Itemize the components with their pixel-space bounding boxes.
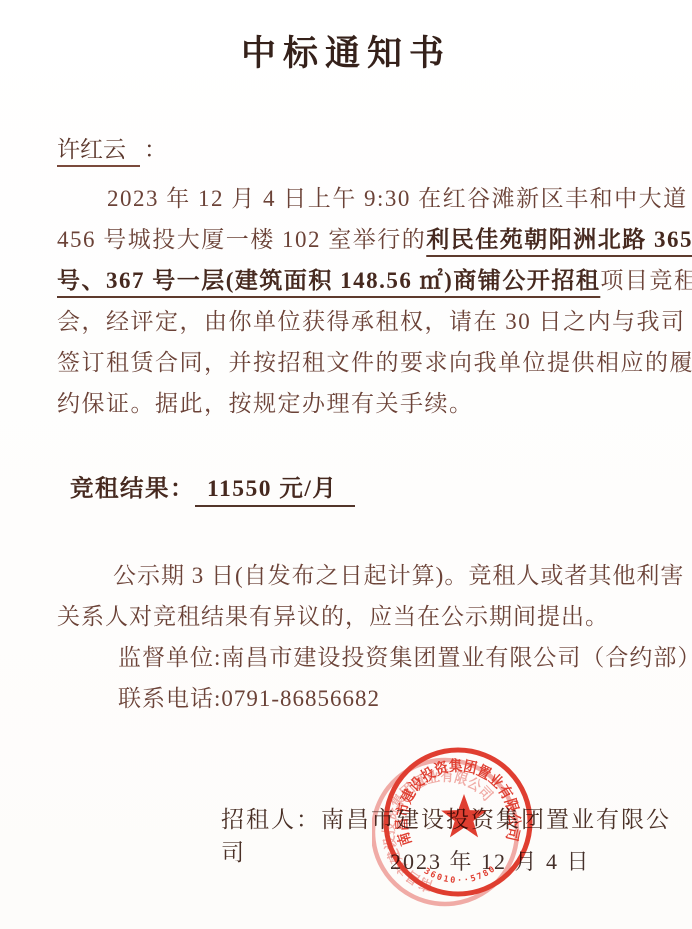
paragraph-line: 456 号城投大厦一楼 102 室举行的利民佳苑朝阳洲北路 365 <box>57 219 642 260</box>
paragraph-line: 号、367 号一层(建筑面积 148.56 ㎡)商铺公开招租项目竞租 <box>57 260 642 301</box>
addressee-line: 许红云： <box>57 131 167 164</box>
paragraph-line: 约保证。据此，按规定办理有关手续。 <box>57 383 642 424</box>
paragraph-line: 会，经评定，由你单位获得承租权，请在 30 日之内与我司 <box>57 301 642 342</box>
bid-result-value: 11550 元/月 <box>195 476 355 507</box>
notice-paragraph: 公示期 3 日(自发布之日起计算)。竞租人或者其他利害 关系人对竞租结果有异议的… <box>57 555 647 719</box>
bid-result-line: 竞租结果：11550 元/月 <box>70 469 355 503</box>
phone-line: 联系电话:0791-86856682 <box>57 678 647 719</box>
company-seal-stamp: 南昌市建设投资集团置业有限公司 南昌市建设投资集团置业有限公司 36010··5… <box>372 736 544 908</box>
project-name-underlined: 号、367 号一层(建筑面积 148.56 ㎡)商铺公开招租 <box>57 268 600 293</box>
supervisor-line: 监督单位:南昌市建设投资集团置业有限公司（合约部） <box>57 637 647 678</box>
bid-result-label: 竞租结果： <box>70 476 195 502</box>
seal-main-impression: 南昌市建设投资集团置业有限公司 36010··5780 <box>386 750 530 894</box>
paragraph-line: 签订租赁合同，并按招租文件的要求向我单位提供相应的履 <box>57 342 642 383</box>
text-normal: 项目竞租 <box>600 268 692 293</box>
svg-text:36010··5780: 36010··5780 <box>422 864 499 887</box>
text-normal: 456 号城投大厦一楼 102 室举行的 <box>57 227 426 252</box>
svg-text:南昌市建设投资集团置业有限公司: 南昌市建设投资集团置业有限公司 <box>393 757 523 848</box>
notice-line: 关系人对竞租结果有异议的，应当在公示期间提出。 <box>57 596 647 637</box>
project-name-underlined: 利民佳苑朝阳洲北路 365 <box>426 227 692 252</box>
main-paragraph: 2023 年 12 月 4 日上午 9:30 在红谷滩新区丰和中大道 456 号… <box>57 178 642 424</box>
paragraph-line: 2023 年 12 月 4 日上午 9:30 在红谷滩新区丰和中大道 <box>57 178 642 219</box>
seal-ring-text: 南昌市建设投资集团置业有限公司 <box>393 757 523 848</box>
document-title: 中标通知书 <box>0 26 692 76</box>
seal-registration-code: 36010··5780 <box>422 864 499 887</box>
addressee-name: 许红云 <box>57 137 140 167</box>
addressee-colon: ： <box>144 137 167 162</box>
scanned-document-page: 中标通知书 许红云： 2023 年 12 月 4 日上午 9:30 在红谷滩新区… <box>0 0 692 929</box>
notice-line: 公示期 3 日(自发布之日起计算)。竞租人或者其他利害 <box>57 555 647 596</box>
